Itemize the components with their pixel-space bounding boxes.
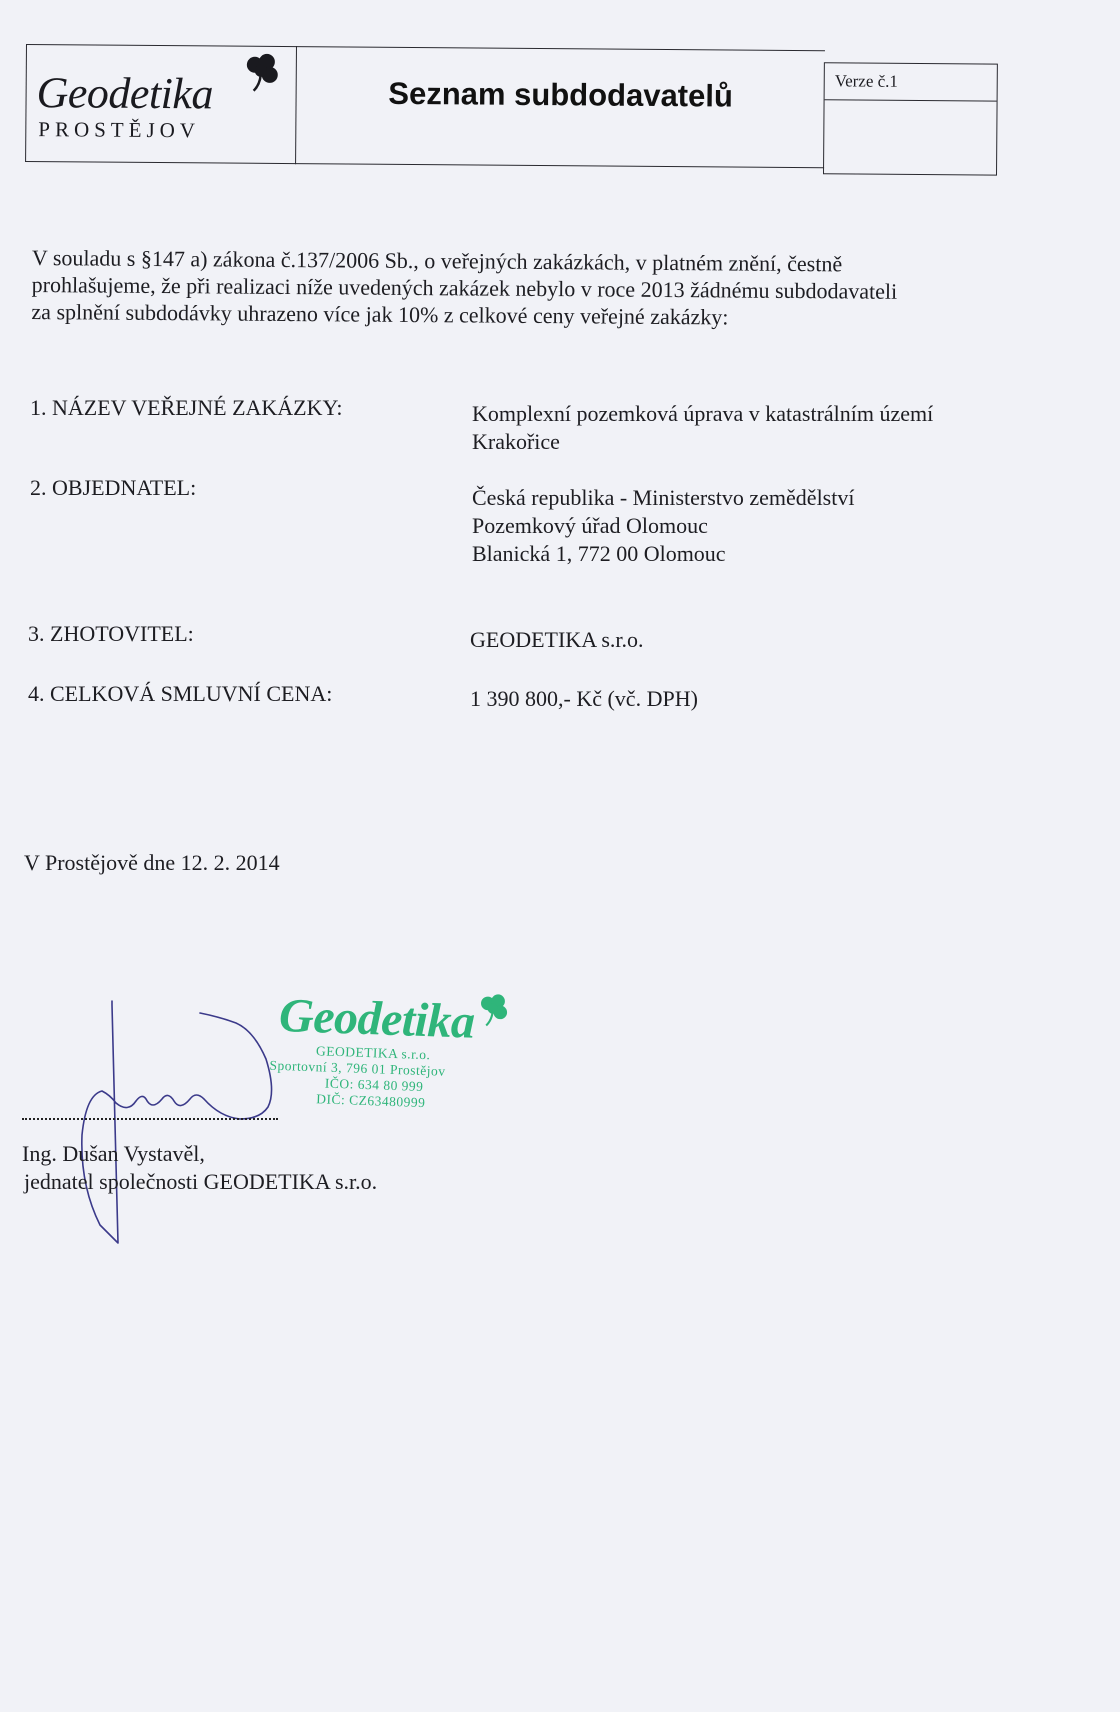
value-line: Pozemkový úřad Olomouc — [472, 512, 854, 540]
value-line: Česká republika - Ministerstvo zemědělst… — [472, 484, 854, 512]
value-line: GEODETIKA s.r.o. — [470, 626, 644, 654]
logo-cell: Geodetika PROSTĚJOV — [25, 44, 297, 164]
version-cell: Verze č.1 — [823, 62, 998, 175]
document-title: Seznam subdodavatelů — [296, 75, 824, 115]
field-value-client: Česká republika - Ministerstvo zemědělst… — [472, 484, 854, 568]
logo-wordmark: Geodetika — [36, 67, 213, 119]
clover-icon — [242, 53, 282, 93]
place-and-date: V Prostějově dne 12. 2. 2014 — [24, 850, 280, 876]
title-cell: Seznam subdodavatelů — [295, 46, 825, 168]
value-line: Blanická 1, 772 00 Olomouc — [472, 540, 854, 568]
value-line: 1 390 800,- Kč (vč. DPH) — [470, 685, 698, 713]
company-stamp: Geodetika GEODETIKA s.r.o. Sportovní 3, … — [268, 986, 522, 1120]
stamp-wordmark: Geodetika — [278, 988, 475, 1050]
signature-line — [22, 1118, 278, 1120]
field-value-price: 1 390 800,- Kč (vč. DPH) — [470, 685, 698, 713]
field-label-price: 4. CELKOVÁ SMLUVNÍ CENA: — [28, 680, 332, 707]
field-label-contractor: 3. ZHOTOVITEL: — [28, 620, 194, 647]
logo-city: PROSTĚJOV — [38, 117, 200, 143]
value-line: Krakořice — [472, 428, 933, 456]
signatory: Ing. Dušan Vystavěl, jednatel společnost… — [22, 1140, 377, 1196]
field-label-contract-name: 1. NÁZEV VEŘEJNÉ ZAKÁZKY: — [30, 394, 342, 421]
signatory-role: jednatel společnosti GEODETIKA s.r.o. — [22, 1168, 377, 1196]
version-divider — [825, 99, 997, 101]
declaration-paragraph: V souladu s §147 a) zákona č.137/2006 Sb… — [31, 244, 1022, 333]
field-value-contractor: GEODETIKA s.r.o. — [470, 626, 644, 654]
handwritten-signature — [80, 995, 300, 1245]
stamp-dic: DIČ: CZ63480999 — [316, 1091, 426, 1111]
value-line: Komplexní pozemková úprava v katastrální… — [472, 400, 933, 428]
field-label-client: 2. OBJEDNATEL: — [30, 474, 196, 501]
field-value-contract-name: Komplexní pozemková úprava v katastrální… — [472, 400, 933, 456]
clover-icon — [476, 993, 511, 1028]
signatory-name: Ing. Dušan Vystavěl, — [22, 1140, 377, 1168]
document-header: Geodetika PROSTĚJOV Seznam subdodavatelů… — [25, 44, 996, 174]
version-label: Verze č.1 — [835, 71, 898, 91]
